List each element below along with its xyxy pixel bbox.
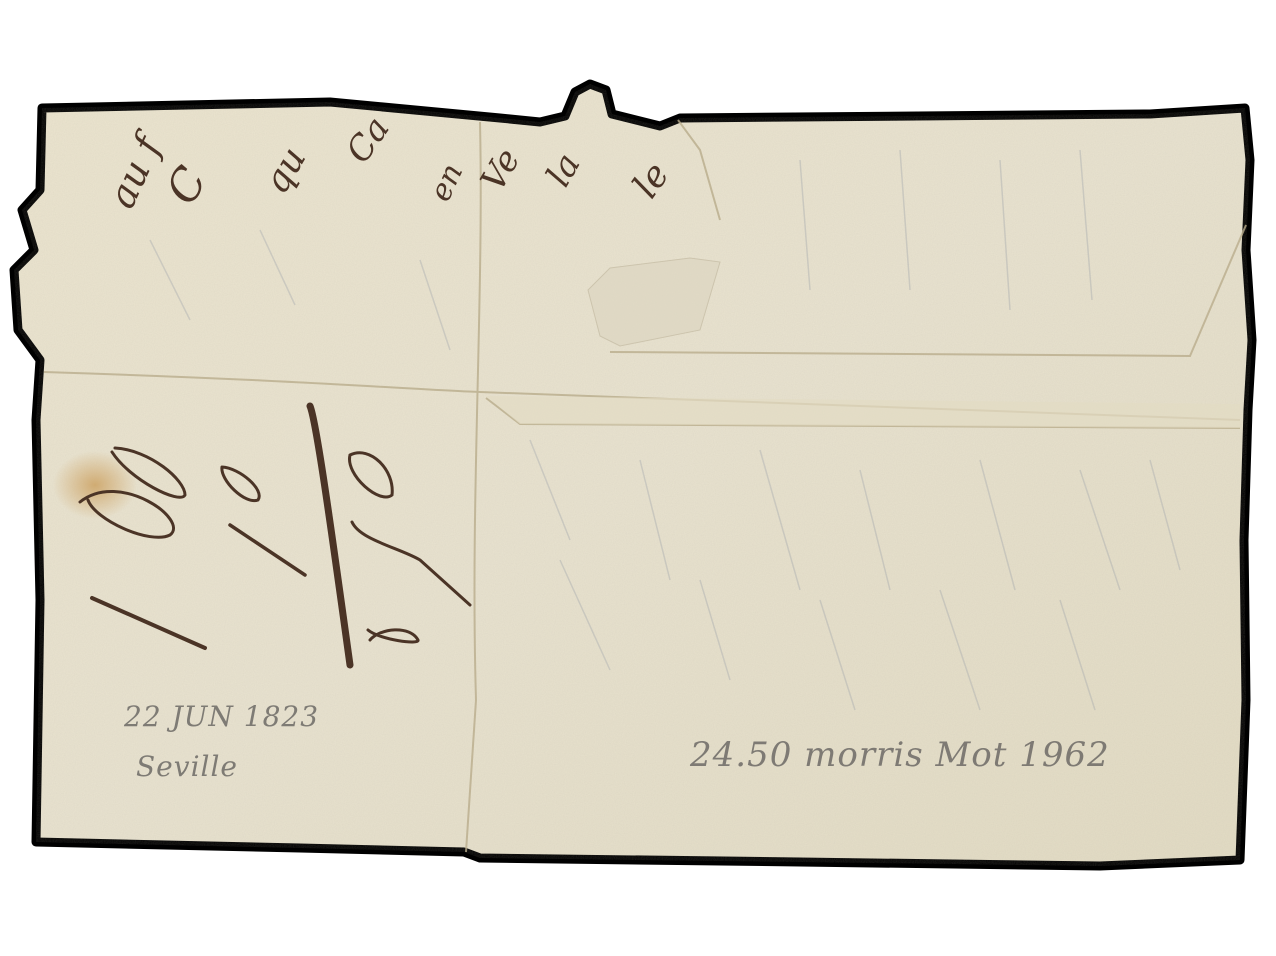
pencil-price-note: 24.50 morris Mot 1962 bbox=[690, 735, 1110, 775]
letter-photo: au f C qu Ca en Ve la le 22 JUN 1823 Sev… bbox=[0, 0, 1276, 956]
pencil-date-note: 22 JUN 1823 bbox=[124, 700, 319, 733]
letter-sheet bbox=[0, 0, 1276, 956]
pencil-place-note: Seville bbox=[136, 750, 238, 783]
